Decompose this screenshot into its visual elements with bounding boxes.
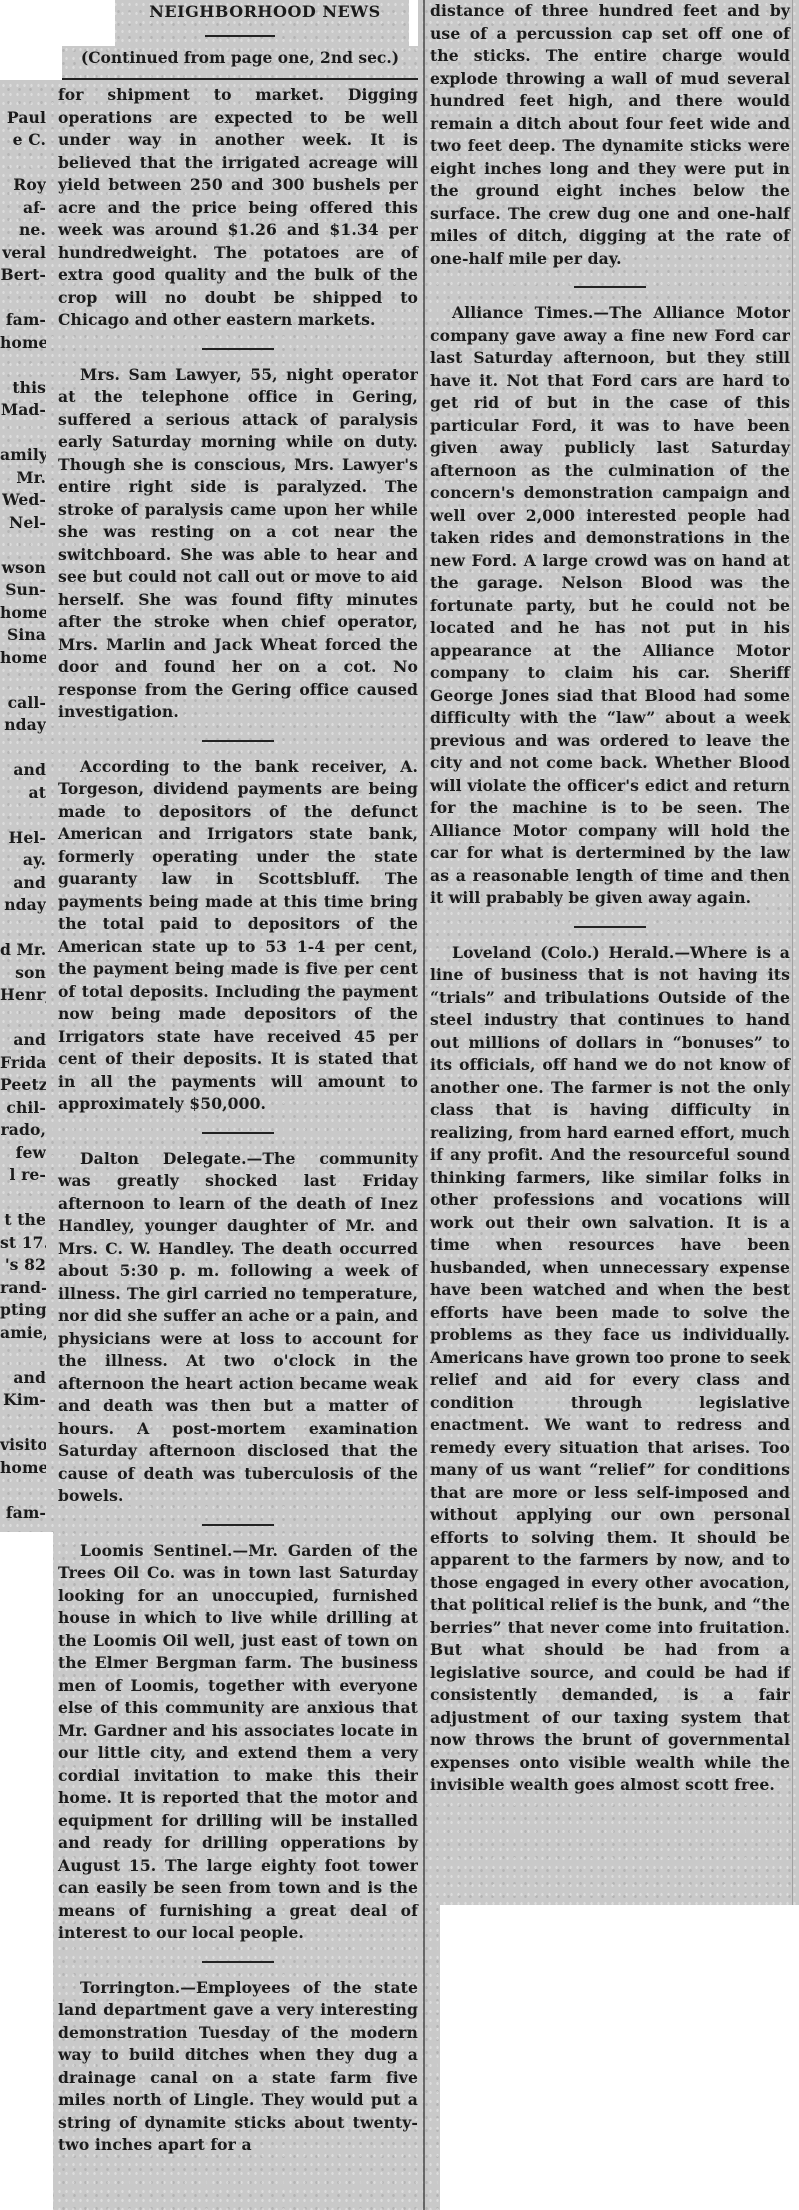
fragment-line: t the bbox=[0, 1209, 46, 1232]
fragment-line: Nel- bbox=[0, 512, 46, 535]
article-separator-rule bbox=[202, 1132, 274, 1134]
header-rule bbox=[205, 35, 275, 37]
fragment-line: home. bbox=[0, 602, 46, 625]
fragment-line: son bbox=[0, 962, 46, 985]
fragment-line: visitor bbox=[0, 1434, 46, 1457]
article-alliance: Alliance Times.—The Alliance Motor compa… bbox=[430, 302, 790, 910]
fragment-line bbox=[0, 1344, 46, 1367]
article-separator-rule bbox=[202, 348, 274, 350]
article-separator-rule bbox=[574, 926, 646, 928]
fragment-line: pting bbox=[0, 1299, 46, 1322]
fragment-line: wson bbox=[0, 557, 46, 580]
fragment-line: Roy bbox=[0, 174, 46, 197]
section-title: NEIGHBORHOOD NEWS bbox=[115, 2, 415, 21]
fragment-line: home bbox=[0, 647, 46, 670]
fragment-line bbox=[0, 1007, 46, 1030]
fragment-line: few bbox=[0, 1142, 46, 1165]
fragment-line: home bbox=[0, 332, 46, 355]
article-separator-rule bbox=[574, 286, 646, 288]
article-separator-rule bbox=[202, 1961, 274, 1963]
fragment-line: 's 82 bbox=[0, 1254, 46, 1277]
fragment-line: st 17. bbox=[0, 1232, 46, 1255]
fragment-line: e C. bbox=[0, 129, 46, 152]
crop-blank-top-left bbox=[0, 0, 115, 46]
right-edge-divider bbox=[792, 0, 793, 1905]
fragment-line: this bbox=[0, 377, 46, 400]
fragment-line: and bbox=[0, 759, 46, 782]
article-torrington-cont: distance of three hundred feet and by us… bbox=[430, 0, 790, 270]
article-bank: According to the bank receiver, A. Torge… bbox=[58, 756, 418, 1116]
fragment-line: at bbox=[0, 782, 46, 805]
fragment-line: home bbox=[0, 1457, 46, 1480]
fragment-line bbox=[0, 669, 46, 692]
left-column: for shipment to market. Digging operatio… bbox=[58, 84, 418, 2157]
fragment-line: Paul bbox=[0, 107, 46, 130]
fragment-line bbox=[0, 354, 46, 377]
fragment-line: rand- bbox=[0, 1277, 46, 1300]
fragment-line: d Mr. bbox=[0, 939, 46, 962]
fragment-line: Bert- bbox=[0, 264, 46, 287]
fragment-line bbox=[0, 737, 46, 760]
fragment-line: and bbox=[0, 872, 46, 895]
fragment-line bbox=[0, 1412, 46, 1435]
fragment-line: fam- bbox=[0, 309, 46, 332]
right-column: distance of three hundred feet and by us… bbox=[430, 0, 790, 1797]
crop-blank-bottom-right bbox=[440, 1905, 799, 2210]
fragment-line bbox=[0, 422, 46, 445]
article-loomis: Loomis Sentinel.—Mr. Garden of the Trees… bbox=[58, 1540, 418, 1945]
article-separator-rule bbox=[202, 740, 274, 742]
continued-note: (Continued from page one, 2nd sec.) bbox=[62, 48, 418, 67]
fragment-line: amily bbox=[0, 444, 46, 467]
article-lawyer: Mrs. Sam Lawyer, 55, night operator at t… bbox=[58, 364, 418, 724]
fragment-line: Kim- bbox=[0, 1389, 46, 1412]
article-dalton: Dalton Delegate.—The community was great… bbox=[58, 1148, 418, 1508]
fragment-line: Friday bbox=[0, 1052, 46, 1075]
fragment-line: Peetz. bbox=[0, 1074, 46, 1097]
article-loveland: Loveland (Colo.) Herald.—Where is a line… bbox=[430, 942, 790, 1797]
fragment-line: veral bbox=[0, 242, 46, 265]
fragment-line: l re- bbox=[0, 1164, 46, 1187]
fragment-line: af- bbox=[0, 197, 46, 220]
article-separator-rule bbox=[202, 1524, 274, 1526]
column-divider bbox=[423, 0, 425, 2210]
fragment-line: fam- bbox=[0, 1502, 46, 1525]
fragment-line: ay. bbox=[0, 849, 46, 872]
fragment-line: Mad- bbox=[0, 399, 46, 422]
article-torrington: Torrington.—Employees of the state land … bbox=[58, 1977, 418, 2157]
adjacent-column-fragments: Paule C. Royaf-ne.veralBert- fam-home th… bbox=[0, 84, 46, 1524]
fragment-line bbox=[0, 1479, 46, 1502]
fragment-line bbox=[0, 804, 46, 827]
fragment-line: nday bbox=[0, 894, 46, 917]
fragment-line bbox=[0, 84, 46, 107]
fragment-line: Wed- bbox=[0, 489, 46, 512]
fragment-line: Mr. bbox=[0, 467, 46, 490]
fragment-line: Sun- bbox=[0, 579, 46, 602]
crop-blank-bottom-left bbox=[0, 1532, 53, 2210]
fragment-line: ne. bbox=[0, 219, 46, 242]
fragment-line: and bbox=[0, 1029, 46, 1052]
fragment-line: rado, bbox=[0, 1119, 46, 1142]
fragment-line: nday bbox=[0, 714, 46, 737]
fragment-line: call- bbox=[0, 692, 46, 715]
fragment-line bbox=[0, 1187, 46, 1210]
fragment-line: amie, bbox=[0, 1322, 46, 1345]
header-bottom-rule bbox=[62, 78, 418, 80]
fragment-line bbox=[0, 152, 46, 175]
fragment-line: and bbox=[0, 1367, 46, 1390]
fragment-line bbox=[0, 287, 46, 310]
article-potatoes: for shipment to market. Digging operatio… bbox=[58, 84, 418, 332]
crop-blank-top-left-lower bbox=[0, 46, 62, 80]
fragment-line: Hel- bbox=[0, 827, 46, 850]
fragment-line: Sina bbox=[0, 624, 46, 647]
fragment-line bbox=[0, 917, 46, 940]
fragment-line: chil- bbox=[0, 1097, 46, 1120]
fragment-line bbox=[0, 534, 46, 557]
fragment-line: Henry bbox=[0, 984, 46, 1007]
